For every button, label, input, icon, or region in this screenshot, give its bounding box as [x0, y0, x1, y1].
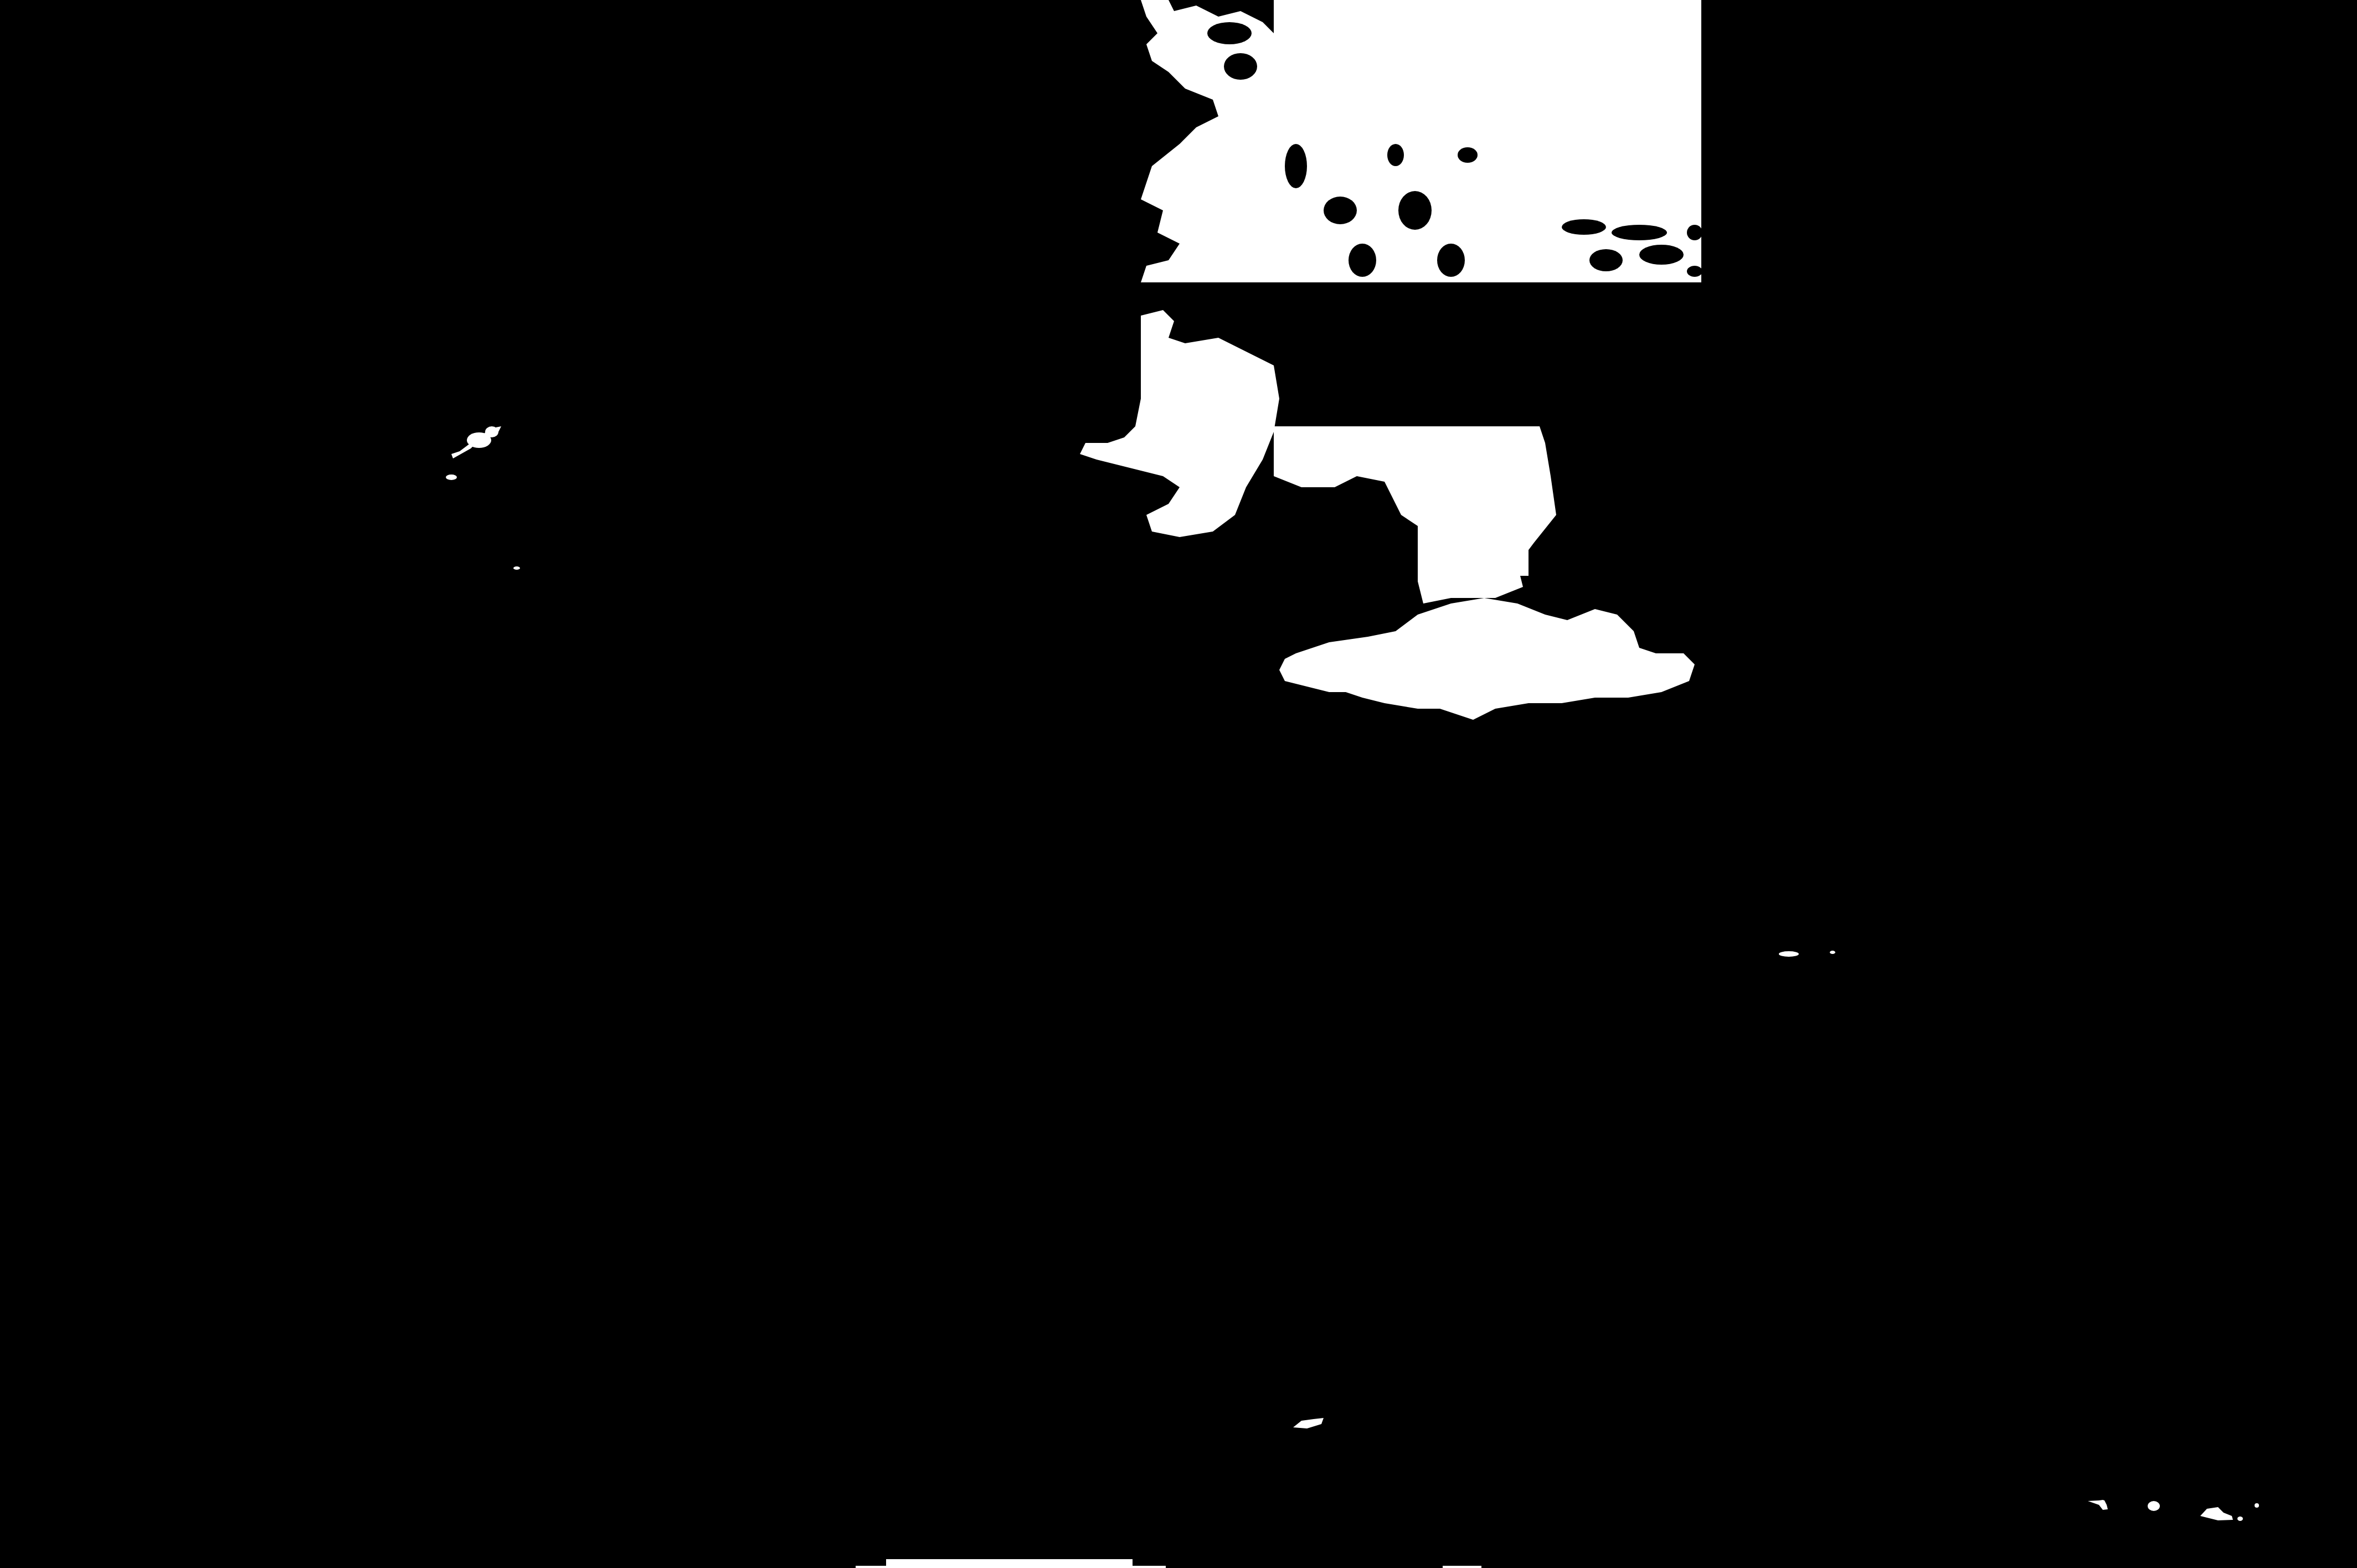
upper-center-block [1141, 0, 1702, 282]
segmentation-mask [0, 0, 2357, 1568]
